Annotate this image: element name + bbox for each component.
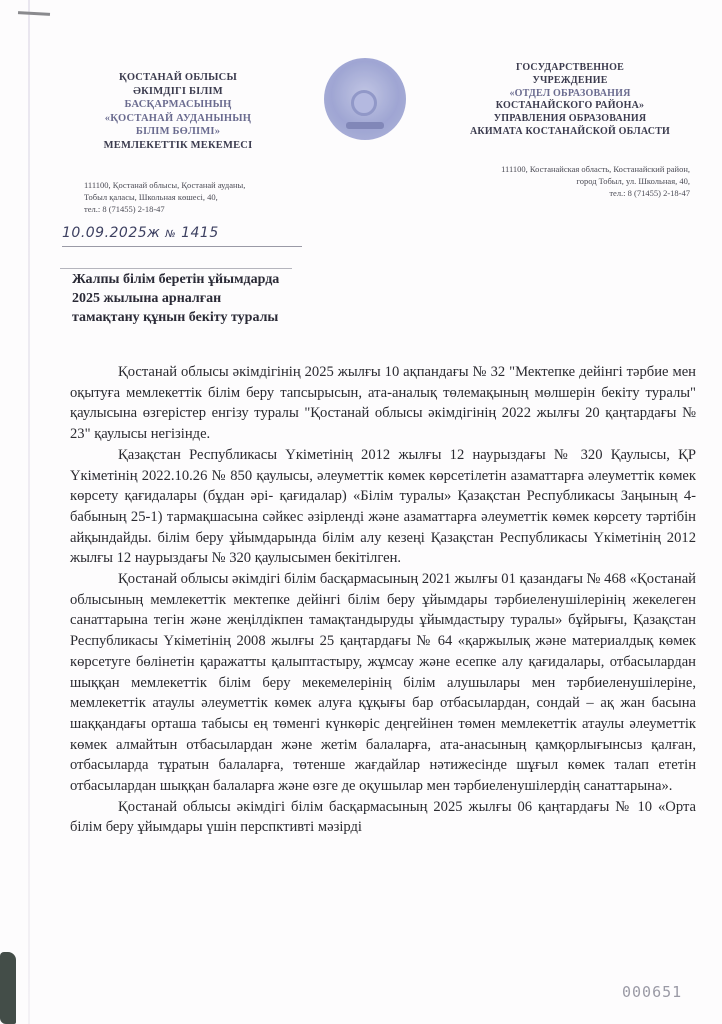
letterhead-line: ГОСУДАРСТВЕННОЕ [452,62,688,75]
letterhead-line: «ОТДЕЛ ОБРАЗОВАНИЯ [452,88,688,101]
page-stamp-number: 000651 [622,983,682,1001]
document-subject: Жалпы білім беретін ұйымдарда 2025 жылын… [72,270,392,327]
letterhead-line: БІЛІМ БӨЛІМІ» [88,125,268,139]
letterhead-line: КОСТАНАЙСКОГО РАЙОНА» [452,100,688,113]
scan-edge [28,0,30,1024]
subject-line: Жалпы білім беретін ұйымдарда [72,270,392,289]
letterhead-line: ӘКІМДІГІ БІЛІМ [88,85,268,99]
address-line: Тобыл қаласы, Школьная көшесі, 40, [84,191,274,203]
address-kazakh: 111100, Қостанай облысы, Қостанай ауданы… [84,179,274,215]
letterhead-line: УПРАВЛЕНИЯ ОБРАЗОВАНИЯ [452,113,688,126]
body-paragraph: Қостанай облысы әкімдігі білім басқармас… [70,569,696,797]
staple-mark [18,11,50,16]
number-sign: № [165,229,176,240]
divider-line [60,268,292,269]
document-page: ҚОСТАНАЙ ОБЛЫСЫ ӘКІМДІГІ БІЛІМ БАСҚАРМАС… [0,0,722,1024]
letterhead-line: АКИМАТА КОСТАНАЙСКОЙ ОБЛАСТИ [452,126,688,139]
subject-line: тамақтану құнын бекіту туралы [72,308,392,327]
address-line: 111100, Костанайская область, Костанайск… [470,163,690,175]
address-line: тел.: 8 (71455) 2-18-47 [470,187,690,199]
document-body: Қостанай облысы әкімдігінің 2025 жылғы 1… [70,362,696,838]
letterhead-line: МЕМЛЕКЕТТІК МЕКЕМЕСІ [88,139,268,153]
letterhead-kazakh: ҚОСТАНАЙ ОБЛЫСЫ ӘКІМДІГІ БІЛІМ БАСҚАРМАС… [88,71,268,152]
registration-date: 10.09.2025ж [62,225,160,241]
emblem-ribbon [346,122,384,129]
address-russian: 111100, Костанайская область, Костанайск… [470,163,690,199]
letterhead-line: БАСҚАРМАСЫНЫҢ [88,98,268,112]
address-line: город Тобыл, ул. Школьная, 40, [470,175,690,187]
emblem-center [351,90,377,116]
letterhead-russian: ГОСУДАРСТВЕННОЕ УЧРЕЖДЕНИЕ «ОТДЕЛ ОБРАЗО… [452,62,688,139]
registration-number: 10.09.2025ж № 1415 [62,225,219,241]
scan-artifact [0,952,16,1024]
subject-line: 2025 жылына арналған [72,289,392,308]
state-emblem-icon [324,58,406,140]
body-paragraph: Қазақстан Республикасы Үкіметінің 2012 ж… [70,445,696,569]
body-paragraph: Қостанай облысы әкімдігі білім басқармас… [70,797,696,838]
body-paragraph: Қостанай облысы әкімдігінің 2025 жылғы 1… [70,362,696,445]
address-line: тел.: 8 (71455) 2-18-47 [84,203,274,215]
letterhead-line: ҚОСТАНАЙ ОБЛЫСЫ [88,71,268,85]
registration-number-value: 1415 [181,225,219,241]
address-line: 111100, Қостанай облысы, Қостанай ауданы… [84,179,274,191]
letterhead-line: УЧРЕЖДЕНИЕ [452,75,688,88]
letterhead-line: «ҚОСТАНАЙ АУДАНЫНЫҢ [88,112,268,126]
